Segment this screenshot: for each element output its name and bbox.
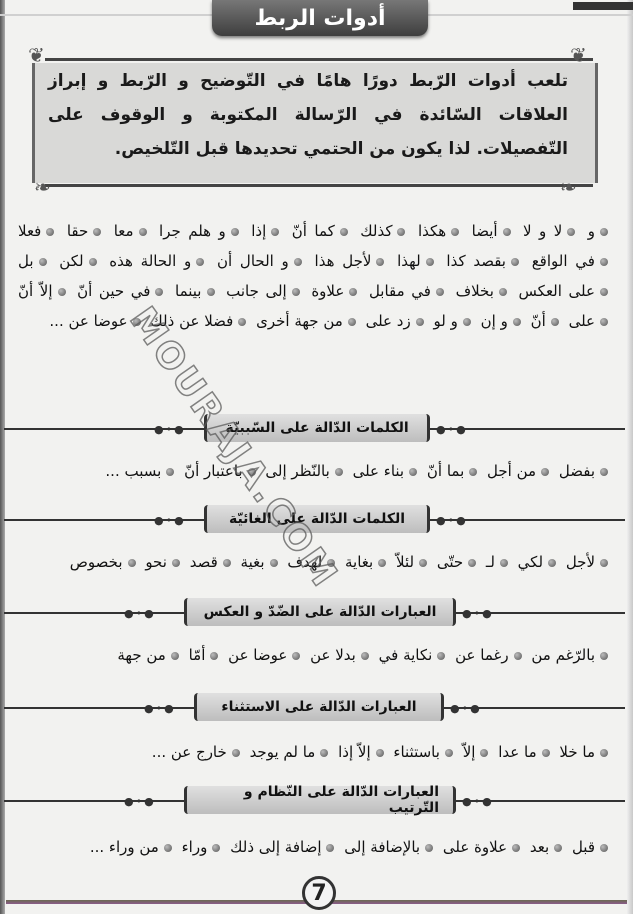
list-item: باعتبار أنّ xyxy=(184,462,261,480)
bullet-icon xyxy=(419,559,427,567)
list-item: إلاّ إذا xyxy=(338,743,389,761)
list-item: بالرّغم من xyxy=(531,646,613,664)
bullet-icon xyxy=(210,652,218,660)
list-item: رغما عن xyxy=(455,646,526,664)
list-item: في حين أنّ xyxy=(77,282,168,300)
list-item: لكن xyxy=(59,252,101,270)
dots-decoration: ●•● xyxy=(144,702,176,715)
bullet-icon xyxy=(348,318,356,326)
bullet-icon xyxy=(171,652,179,660)
dots-decoration: ●•● xyxy=(462,795,494,808)
bullet-icon xyxy=(409,468,417,476)
bullet-icon xyxy=(349,288,357,296)
bullet-icon xyxy=(335,468,343,476)
title-topbar xyxy=(573,2,633,10)
list-item: كما أنّ xyxy=(292,222,353,240)
list-item: بناء على xyxy=(353,462,423,480)
bullet-icon xyxy=(600,228,608,236)
dots-decoration: ●•● xyxy=(462,607,494,620)
bullet-icon xyxy=(426,258,434,266)
list-item: إلاّ أنّ xyxy=(18,282,71,300)
bullet-icon xyxy=(39,258,47,266)
page-edge-left xyxy=(0,0,5,914)
bullet-icon xyxy=(155,288,163,296)
dots-decoration: ●•● xyxy=(450,702,482,715)
bullet-icon xyxy=(207,288,215,296)
bullet-icon xyxy=(600,468,608,476)
list-item: و هلم جرا xyxy=(159,222,244,240)
bullet-icon xyxy=(513,318,521,326)
list-item: من جهة xyxy=(117,646,183,664)
dots-decoration: ●•● xyxy=(124,795,156,808)
bullet-icon xyxy=(93,228,101,236)
list-item: نكاية في xyxy=(379,646,451,664)
list-item: بقصد كذا xyxy=(446,252,524,270)
list-item: زد على xyxy=(366,312,429,330)
list-item: فعلا xyxy=(18,222,59,240)
list-item: و لو xyxy=(434,312,476,330)
list-item: بخصوص xyxy=(70,553,141,571)
bullet-icon xyxy=(46,228,54,236)
page-number: 7 xyxy=(302,876,336,910)
bullet-icon xyxy=(514,652,522,660)
bullet-icon xyxy=(376,258,384,266)
list-item: بدلا عن xyxy=(310,646,374,664)
list-item: هكذا xyxy=(418,222,464,240)
bullet-icon xyxy=(231,228,239,236)
list-item: خارج عن ... xyxy=(152,743,245,761)
list-item: قصد xyxy=(190,553,236,571)
ornament-scroll-icon: ❧ xyxy=(34,176,74,198)
list-item: حتّى xyxy=(437,553,481,571)
bullet-icon xyxy=(541,468,549,476)
list-item: كذلك xyxy=(360,222,410,240)
intro-frame-bottom xyxy=(45,184,593,187)
bullet-icon xyxy=(600,288,608,296)
bullet-icon xyxy=(327,559,335,567)
list-item: عوضا عن ... xyxy=(49,312,145,330)
list-item: بفضل xyxy=(559,462,613,480)
dots-decoration: ●•● xyxy=(124,607,156,620)
list-item: بينما xyxy=(175,282,219,300)
dots-decoration: ●•● xyxy=(436,514,468,527)
list-item: إذا xyxy=(251,222,284,240)
bullet-icon xyxy=(294,258,302,266)
bullet-icon xyxy=(600,258,608,266)
bullet-icon xyxy=(376,749,384,757)
bullet-icon xyxy=(600,844,608,852)
list-item: و الحالة هذه xyxy=(109,252,209,270)
bullet-icon xyxy=(480,749,488,757)
list-item: بغاية xyxy=(345,553,391,571)
section-header-purpose: ●•● الكلمات الدّالة على الغائيّة ●•● xyxy=(4,505,625,535)
list-item: علاوة على xyxy=(443,838,525,856)
bullet-icon xyxy=(196,258,204,266)
dots-decoration: ●•● xyxy=(154,423,186,436)
bullet-icon xyxy=(554,844,562,852)
bullet-icon xyxy=(469,468,477,476)
bullet-icon xyxy=(512,844,520,852)
list-item: قبل xyxy=(572,838,613,856)
contrast-list: بالرّغم من رغما عن نكاية في بدلا عن عوضا… xyxy=(18,640,613,670)
list-item: ما خلا xyxy=(559,743,613,761)
list-item: لهدف xyxy=(287,553,340,571)
list-item: باستثناء xyxy=(393,743,458,761)
section-header-order: ●•● العبارات الدّالة على النّظام و التّر… xyxy=(4,786,625,816)
list-item: لئلاّ xyxy=(396,553,432,571)
list-item: من وراء ... xyxy=(90,838,177,856)
list-item: و الحال أن xyxy=(217,252,307,270)
bullet-icon xyxy=(232,749,240,757)
bullet-icon xyxy=(600,652,608,660)
list-item: بالنّظر إلى xyxy=(265,462,347,480)
list-item: لهذا xyxy=(397,252,439,270)
order-list: قبل بعد علاوة على بالإضافة إلى إضافة إلى… xyxy=(18,832,613,862)
list-item: إضافة إلى ذلك xyxy=(230,838,339,856)
list-item: لا و لا xyxy=(523,222,580,240)
list-item: ما لم يوجد xyxy=(250,743,334,761)
bullet-icon xyxy=(437,652,445,660)
bullet-icon xyxy=(340,228,348,236)
list-item: عوضا عن xyxy=(228,646,305,664)
bullet-icon xyxy=(248,468,256,476)
bullet-icon xyxy=(128,559,136,567)
list-item: فضلا عن ذلك xyxy=(150,312,251,330)
section-header-causality: ●•● الكلمات الدّالة على السّببيّة ●•● xyxy=(4,414,625,444)
bullet-icon xyxy=(500,559,508,567)
list-item: بعد xyxy=(530,838,567,856)
bullet-icon xyxy=(499,288,507,296)
bullet-icon xyxy=(271,228,279,236)
page-title: أدوات الربط xyxy=(254,6,385,31)
dots-decoration: ●•● xyxy=(154,514,186,527)
section-heading: العبارات الدّالة على الضّدّ و العكس xyxy=(184,598,456,626)
bullet-icon xyxy=(361,652,369,660)
bullet-icon xyxy=(238,318,246,326)
bullet-icon xyxy=(451,228,459,236)
list-item: أمّا xyxy=(189,646,224,664)
dots-decoration: ●•● xyxy=(436,423,468,436)
list-item: في الواقع xyxy=(532,252,613,270)
bullet-icon xyxy=(172,559,180,567)
section-heading: العبارات الدّالة على النّظام و التّرتيب xyxy=(184,786,456,814)
section-heading: العبارات الدّالة على الاستثناء xyxy=(194,693,444,721)
purpose-list: لأجل لكي لـ حتّى لئلاّ بغاية لهدف بغية ق… xyxy=(18,547,613,577)
bullet-icon xyxy=(326,844,334,852)
list-item: نحو xyxy=(145,553,185,571)
bullet-icon xyxy=(600,559,608,567)
bullet-icon xyxy=(600,749,608,757)
bullet-icon xyxy=(463,318,471,326)
list-item: حقا xyxy=(67,222,106,240)
bullet-icon xyxy=(425,844,433,852)
bullet-icon xyxy=(166,468,174,476)
list-item: بغية xyxy=(241,553,283,571)
bullet-icon xyxy=(292,652,300,660)
list-item: لأجل xyxy=(566,553,613,571)
bullet-icon xyxy=(320,749,328,757)
list-item: لأجل هذا xyxy=(315,252,390,270)
bullet-icon xyxy=(548,559,556,567)
bullet-icon xyxy=(164,844,172,852)
bullet-icon xyxy=(223,559,231,567)
list-item: من جهة أخرى xyxy=(256,312,361,330)
list-item: وراء xyxy=(182,838,226,856)
list-item: من أجل xyxy=(487,462,554,480)
list-item: و xyxy=(588,222,613,240)
bullet-icon xyxy=(567,228,575,236)
list-item: إلاّ xyxy=(463,743,494,761)
bullet-icon xyxy=(270,559,278,567)
bullet-icon xyxy=(445,749,453,757)
list-item: بل xyxy=(18,252,52,270)
list-item: ما عدا xyxy=(498,743,554,761)
bullet-icon xyxy=(436,288,444,296)
list-item: على العكس xyxy=(519,282,613,300)
ornament-scroll-icon: ❧ xyxy=(560,176,600,198)
section-heading: الكلمات الدّالة على الغائيّة xyxy=(204,505,430,533)
list-item: بخلاف xyxy=(456,282,512,300)
section-header-contrast: ●•● العبارات الدّالة على الضّدّ و العكس … xyxy=(4,598,625,628)
causality-list: بفضل من أجل بما أنّ بناء على بالنّظر إلى… xyxy=(18,456,613,486)
intro-frame-top xyxy=(45,58,593,61)
bullet-icon xyxy=(503,228,511,236)
section-heading: الكلمات الدّالة على السّببيّة xyxy=(204,414,430,442)
bullet-icon xyxy=(89,258,97,266)
general-connectors-list: و لا و لا أيضا هكذا كذلك كما أنّ إذا و ه… xyxy=(18,216,613,336)
bullet-icon xyxy=(468,559,476,567)
list-item: لـ xyxy=(486,553,513,571)
list-item: بسبب ... xyxy=(105,462,179,480)
list-item: علاوة xyxy=(311,282,362,300)
bullet-icon xyxy=(542,749,550,757)
bullet-icon xyxy=(511,258,519,266)
list-item: في مقابل xyxy=(369,282,449,300)
bullet-icon xyxy=(600,318,608,326)
list-item: أنّ xyxy=(531,312,564,330)
list-item: على xyxy=(569,312,613,330)
section-header-exception: ●•● العبارات الدّالة على الاستثناء ●•● xyxy=(4,693,625,723)
intro-paragraph: تلعب أدوات الرّبط دورًا هامًا في التّوضي… xyxy=(48,64,568,166)
bullet-icon xyxy=(397,228,405,236)
bullet-icon xyxy=(416,318,424,326)
page-title-tab: أدوات الربط xyxy=(212,0,428,36)
list-item: بما أنّ xyxy=(427,462,482,480)
list-item: بالإضافة إلى xyxy=(344,838,438,856)
bullet-icon xyxy=(212,844,220,852)
list-item: لكي xyxy=(518,553,561,571)
page-edge-right xyxy=(627,0,633,914)
bullet-icon xyxy=(58,288,66,296)
bullet-icon xyxy=(378,559,386,567)
bullet-icon xyxy=(292,288,300,296)
exception-list: ما خلا ما عدا إلاّ باستثناء إلاّ إذا ما … xyxy=(18,737,613,767)
bullet-icon xyxy=(139,228,147,236)
list-item: إلى جانب xyxy=(226,282,305,300)
list-item: و إن xyxy=(481,312,526,330)
list-item: معا xyxy=(114,222,152,240)
list-item: أيضا xyxy=(472,222,516,240)
bullet-icon xyxy=(551,318,559,326)
bullet-icon xyxy=(133,318,141,326)
